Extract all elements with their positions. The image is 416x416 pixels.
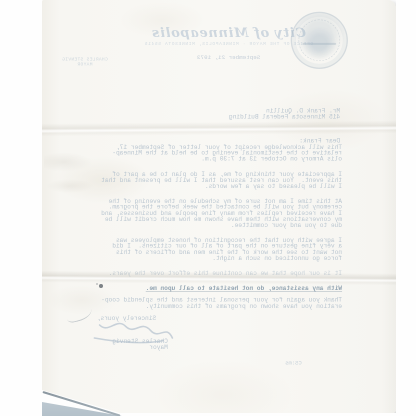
recipient-address-block: Mr. Frank D. Quillin415 Minnesota Federa…	[229, 108, 340, 120]
showthrough-line: Mayor	[112, 345, 168, 351]
scanned-letter-photo: City of Minneapolis OFFICE OF THE MAYOR …	[0, 0, 416, 416]
letter-date: September 21, 1973	[61, 55, 396, 62]
city-seal-icon	[291, 12, 348, 69]
showthrough-line: I will be pleased to say a few words.	[86, 183, 342, 189]
signer-name-block: Charles StenvigMayor	[112, 339, 168, 351]
showthrough-line: due to you and your committee.	[86, 222, 342, 228]
letter-paper-back: City of Minneapolis OFFICE OF THE MAYOR …	[42, 0, 396, 413]
city-seal-inner-ring	[299, 20, 341, 62]
paragraph: I agree with you that the recognition of…	[86, 237, 342, 261]
final-paragraph: Thank you again for your personal intere…	[86, 297, 342, 309]
wrinkle-shading	[44, 150, 104, 200]
letter-body: This will acknowledge receipt of your le…	[86, 144, 342, 309]
aside-line: It is our hope that we can continue this…	[86, 270, 342, 276]
emphasis-line: With any assistance, do not hesitate to …	[146, 286, 342, 293]
letter-showthrough-layer: City of Minneapolis OFFICE OF THE MAYOR …	[42, 0, 396, 413]
mayor-office-block: CHARLES STENVIGMAYOR	[62, 57, 108, 67]
ink-speck	[99, 284, 103, 288]
showthrough-line: 415 Minnesota Federal Building	[229, 114, 340, 120]
showthrough-line: olis Armory on October 13 at 7:30 p.m.	[86, 156, 342, 162]
showthrough-line: eration you have shown on programs of th…	[86, 303, 342, 309]
city-seal-banner	[302, 43, 336, 45]
paragraph: I appreciate your thinking of me, as I d…	[86, 171, 342, 189]
showthrough-line: force go unnoticed on such a night.	[86, 255, 342, 261]
paragraphs: This will acknowledge receipt of your le…	[86, 144, 342, 261]
paragraph: At this time I am not sure of my schedul…	[86, 198, 342, 228]
paragraph: This will acknowledge receipt of your le…	[86, 144, 342, 162]
typist-initials: CS:ms	[285, 360, 302, 367]
showthrough-line: MAYOR	[62, 62, 108, 67]
